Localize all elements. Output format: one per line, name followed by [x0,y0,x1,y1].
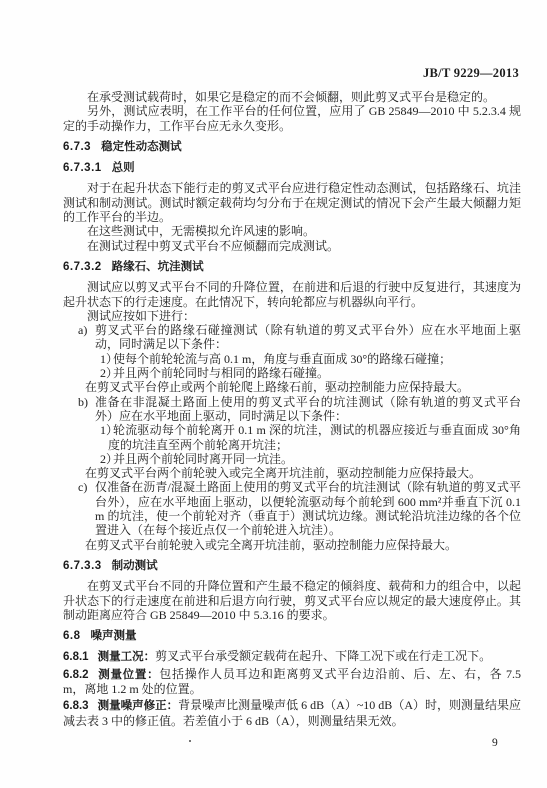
section-heading-6-7-3-2: 6.7.3.2路缘石、坑洼测试 [63,260,521,274]
body-paragraph: 在测试过程中剪叉式平台不应倾翻而完成测试。 [63,239,521,253]
page-content: 在承受测试载荷时，如果它是稳定的而不会倾翻，则此剪叉式平台是稳定的。 另外，测试… [63,90,521,728]
list-item-a1: 1） 使每个前轮轮流与高 0.1 m，角度与垂直面成 30°的路缘石碰撞； [63,352,521,366]
section-heading-6-7-3-1: 6.7.3.1总则 [63,161,521,175]
list-item-label: 2） [95,366,118,380]
list-item-label: 1） [95,352,118,366]
list-note: 在剪叉式平台两个前轮驶入或完全离开坑洼前，驱动控制能力应保持最大。 [85,466,521,480]
list-item-b2: 2） 并且两个前轮同时离开同一坑洼。 [63,452,521,466]
section-number: 6.8 [63,630,81,642]
section-title: 路缘石、坑洼测试 [112,261,204,273]
intro-paragraph-1: 在承受测试载荷时，如果它是稳定的而不会倾翻，则此剪叉式平台是稳定的。 [63,90,521,104]
clause-number: 6.8.2 [63,669,89,681]
clause-term: 测量噪声修正： [98,700,179,712]
section-number: 6.7.3.3 [63,560,102,572]
list-item-text: 并且两个前轮同时离开同一坑洼。 [113,452,293,466]
section-title: 总则 [112,162,135,174]
clause-6-8-3: 6.8.3测量噪声修正：背景噪声比测量噪声低 6 dB（A）~10 dB（A）时… [63,698,521,728]
clause-6-8-1: 6.8.1测量工况：剪叉式平台承受额定载荷在起升、下降工况下或在行走工况下。 [63,649,521,664]
section-number: 6.7.3.2 [63,261,102,273]
clause-number: 6.8.3 [63,700,89,712]
list-item-text: 使每个前轮轮流与高 0.1 m，角度与垂直面成 30°的路缘石碰撞； [113,352,451,366]
clause-term: 测量位置： [98,669,160,681]
section-heading-6-7-3: 6.7.3稳定性动态测试 [63,140,521,154]
section-heading-6-7-3-3: 6.7.3.3制动测试 [63,559,521,573]
body-paragraph: 在剪叉式平台不同的升降位置和产生最不稳定的倾斜度、载荷和力的组合中，以起升状态下… [63,579,521,622]
list-note: 在剪叉式平台停止或两个前轮爬上路缘石前，驱动控制能力应保持最大。 [85,380,521,394]
list-item-text: 仅准备在沥青/混凝土路面上使用的剪叉式平台的坑洼测试（除有轨道的剪叉式平台外），… [95,480,521,537]
clause-text: 剪叉式平台承受额定载荷在起升、下降工况下或在行走工况下。 [155,649,491,663]
section-heading-6-8: 6.8噪声测量 [63,629,521,643]
section-title: 制动测试 [112,560,158,572]
list-item-a: a) 剪叉式平台的路缘石碰撞测试（除有轨道的剪叉式平台外）应在水平地面上驱动，同… [63,323,521,352]
body-paragraph: 对于在起升状态下能行走的剪叉式平台应进行稳定性动态测试，包括路缘石、坑洼测试和制… [63,181,521,224]
body-paragraph: 测试应以剪叉式平台不同的升降位置，在前进和后退的行驶中反复进行，其速度为起升状态… [63,280,521,309]
doc-code-header: JB/T 9229—2013 [423,66,519,80]
list-item-label: 2） [95,452,118,466]
scan-artifact-dot [189,740,191,742]
intro-paragraph-2: 另外，测试应表明，在工作平台的任何位置，应用了 GB 25849—2010 中 … [63,104,521,133]
list-item-text: 轮流驱动每个前轮离开 0.1 m 深的坑洼，测试的机器应接近与垂直面成 30°角… [108,423,521,451]
section-title: 稳定性动态测试 [101,141,182,153]
list-item-text: 并且两个前轮同时与相同的路缘石碰撞。 [113,366,329,380]
list-item-b1: 1） 轮流驱动每个前轮离开 0.1 m 深的坑洼，测试的机器应接近与垂直面成 3… [63,423,521,452]
list-note: 在剪叉式平台前轮驶入或完全离开坑洼前，驱动控制能力应保持最大。 [85,538,521,552]
page-number: 9 [492,736,498,750]
clause-number: 6.8.1 [63,651,89,663]
body-paragraph: 测试应按如下进行： [63,309,521,323]
document-page: JB/T 9229—2013 在承受测试载荷时，如果它是稳定的而不会倾翻，则此剪… [0,0,547,788]
clause-6-8-2: 6.8.2测量位置：包括操作人员耳边和距离剪叉式平台边沿前、后、左、右，各 7.… [63,667,521,697]
list-item-text: 准备在非混凝土路面上使用的剪叉式平台的坑洼测试（除有轨道的剪叉式平台外）应在水平… [95,395,521,423]
body-paragraph: 在这些测试中，无需模拟允许风速的影响。 [63,224,521,238]
list-item-label: 1） [95,423,118,437]
list-item-label: a) [78,323,87,337]
list-item-label: c) [78,480,87,494]
list-item-a2: 2） 并且两个前轮同时与相同的路缘石碰撞。 [63,366,521,380]
section-title: 噪声测量 [91,630,137,642]
list-item-b: b) 准备在非混凝土路面上使用的剪叉式平台的坑洼测试（除有轨道的剪叉式平台外）应… [63,395,521,424]
section-number: 6.7.3.1 [63,162,102,174]
list-item-c: c) 仅准备在沥青/混凝土路面上使用的剪叉式平台的坑洼测试（除有轨道的剪叉式平台… [63,480,521,537]
clause-term: 测量工况： [98,651,156,663]
list-item-text: 剪叉式平台的路缘石碰撞测试（除有轨道的剪叉式平台外）应在水平地面上驱动，同时满足… [95,323,521,351]
section-number: 6.7.3 [63,141,91,153]
list-item-label: b) [78,395,88,409]
